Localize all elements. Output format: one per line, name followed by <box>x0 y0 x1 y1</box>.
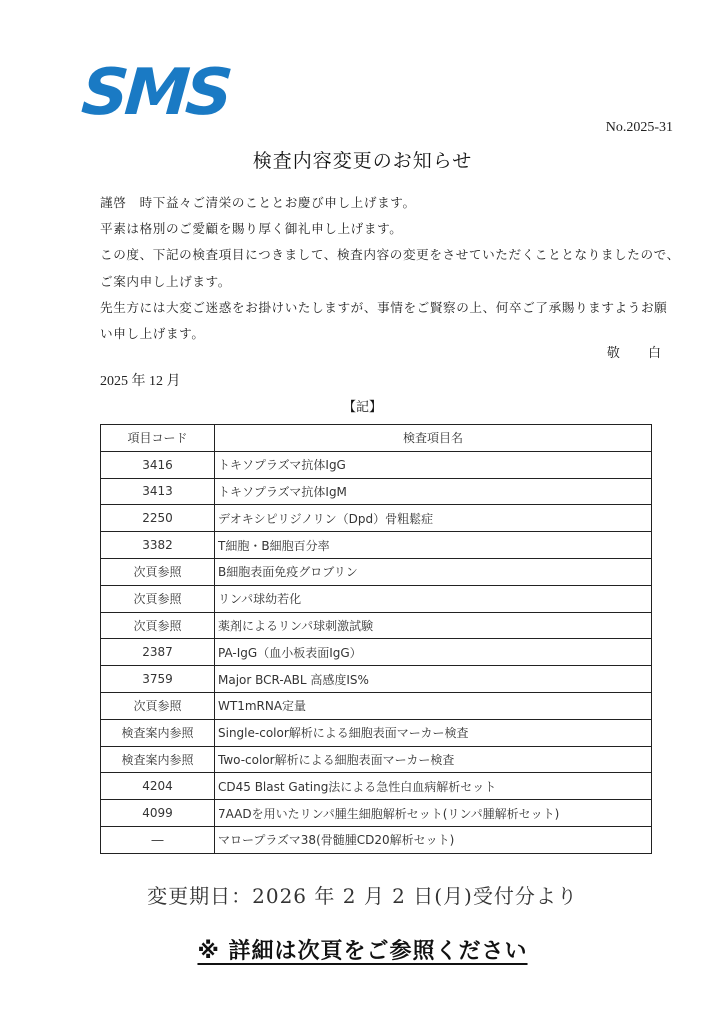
table-row: 検査案内参照Two-color解析による細胞表面マーカー検査 <box>101 746 652 773</box>
item-name: PA-IgG（血小板表面IgG） <box>215 639 652 666</box>
table-row: 検査案内参照Single-color解析による細胞表面マーカー検査 <box>101 719 652 746</box>
header-name: 検査項目名 <box>215 425 652 452</box>
ki-label: 【記】 <box>0 396 725 415</box>
item-name: WT1mRNA定量 <box>215 692 652 719</box>
item-code: 3759 <box>101 666 215 693</box>
table-row: 3759Major BCR-ABL 高感度IS% <box>101 666 652 693</box>
paragraph-thanks: 平素は格別のご愛顧を賜り厚く御礼申し上げます。 <box>100 216 680 242</box>
table-row: 次頁参照WT1mRNA定量 <box>101 692 652 719</box>
item-code: 検査案内参照 <box>101 746 215 773</box>
item-name: マロープラズマ38(骨髄腫CD20解析セット) <box>215 826 652 853</box>
table-row: 40997AADを用いたリンパ腫生細胞解析セット(リンパ腫解析セット) <box>101 800 652 827</box>
item-name: トキソプラズマ抗体IgM <box>215 478 652 505</box>
item-name: T細胞・B細胞百分率 <box>215 532 652 559</box>
issue-date: 2025 年 12 月 <box>100 370 181 390</box>
test-items-table: 項目コード 検査項目名 3416トキソプラズマ抗体IgG 3413トキソプラズマ… <box>100 424 652 854</box>
header-code: 項目コード <box>101 425 215 452</box>
item-code: 4204 <box>101 773 215 800</box>
company-logo: SMS <box>84 62 234 124</box>
letter-body: 謹啓 時下益々ご清栄のこととお慶び申し上げます。 平素は格別のご愛顧を賜り厚く御… <box>100 190 680 347</box>
page-title: 検査内容変更のお知らせ <box>0 146 725 173</box>
paragraph-announcement: この度、下記の検査項目につきまして、検査内容の変更をさせていただくこととなりまし… <box>100 242 680 294</box>
item-code: 次頁参照 <box>101 558 215 585</box>
paragraph-greeting: 謹啓 時下益々ご清栄のこととお慶び申し上げます。 <box>100 190 680 216</box>
item-code: 2387 <box>101 639 215 666</box>
details-notice-text: ※ 詳細は次頁をご参照ください <box>197 939 527 964</box>
table-row: ―マロープラズマ38(骨髄腫CD20解析セット) <box>101 826 652 853</box>
item-code: 2250 <box>101 505 215 532</box>
table-row: 4204CD45 Blast Gating法による急性白血病解析セット <box>101 773 652 800</box>
item-code: 次頁参照 <box>101 692 215 719</box>
item-code: 3413 <box>101 478 215 505</box>
item-name: デオキシピリジノリン（Dpd）骨粗鬆症 <box>215 505 652 532</box>
table-row: 次頁参照リンパ球幼若化 <box>101 585 652 612</box>
document-page: SMS No.2025-31 検査内容変更のお知らせ 謹啓 時下益々ご清栄のこと… <box>0 0 725 1024</box>
table-row: 2387PA-IgG（血小板表面IgG） <box>101 639 652 666</box>
item-name: B細胞表面免疫グロブリン <box>215 558 652 585</box>
table-row: 次頁参照B細胞表面免疫グロブリン <box>101 558 652 585</box>
paragraph-apology: 先生方には大変ご迷惑をお掛けいたしますが、事情をご賢察の上、何卒ご了承賜りますよ… <box>100 295 680 347</box>
item-name: 薬剤によるリンパ球刺激試験 <box>215 612 652 639</box>
item-name: Two-color解析による細胞表面マーカー検査 <box>215 746 652 773</box>
document-number: No.2025-31 <box>606 120 673 136</box>
item-name: トキソプラズマ抗体IgG <box>215 451 652 478</box>
details-notice: ※ 詳細は次頁をご参照ください <box>0 934 725 965</box>
item-name: 7AADを用いたリンパ腫生細胞解析セット(リンパ腫解析セット) <box>215 800 652 827</box>
item-code: 4099 <box>101 800 215 827</box>
item-code: 検査案内参照 <box>101 719 215 746</box>
closing-salutation: 敬 白 <box>607 342 673 361</box>
table-row: 3413トキソプラズマ抗体IgM <box>101 478 652 505</box>
item-code: ― <box>101 826 215 853</box>
logo-text: SMS <box>80 62 231 124</box>
item-code: 3382 <box>101 532 215 559</box>
item-name: Single-color解析による細胞表面マーカー検査 <box>215 719 652 746</box>
item-name: Major BCR-ABL 高感度IS% <box>215 666 652 693</box>
effective-date: 変更期日：2026 年 2 月 2 日(月)受付分より <box>0 880 725 909</box>
item-code: 次頁参照 <box>101 612 215 639</box>
item-name: CD45 Blast Gating法による急性白血病解析セット <box>215 773 652 800</box>
item-code: 3416 <box>101 451 215 478</box>
table-row: 2250デオキシピリジノリン（Dpd）骨粗鬆症 <box>101 505 652 532</box>
table-row: 3382T細胞・B細胞百分率 <box>101 532 652 559</box>
item-code: 次頁参照 <box>101 585 215 612</box>
table-row: 3416トキソプラズマ抗体IgG <box>101 451 652 478</box>
table-header-row: 項目コード 検査項目名 <box>101 425 652 452</box>
item-name: リンパ球幼若化 <box>215 585 652 612</box>
table-row: 次頁参照薬剤によるリンパ球刺激試験 <box>101 612 652 639</box>
